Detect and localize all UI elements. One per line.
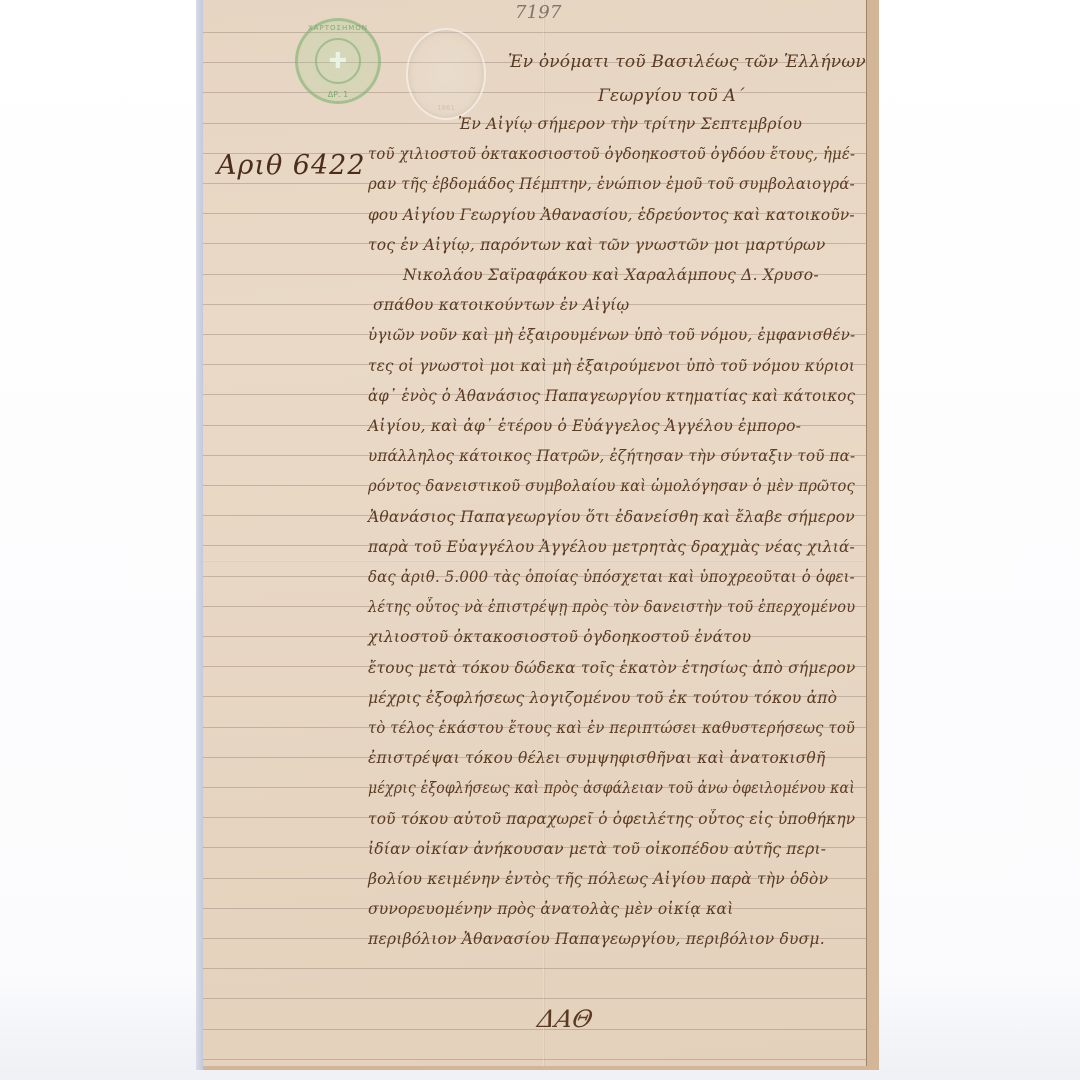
deed-body-line: σπάθου κατοικούντων ἐν Αἰγίῳ (373, 296, 629, 314)
horizontal-fold-crease (203, 560, 867, 562)
document-sheet: ΧΑΡΤΟΣΗΜΟΝ ✚ ΔΡ. 1 1861 7197 Ἐν ὀνόματι … (203, 0, 867, 1066)
deed-body-line: Νικολάου Σαϊραφάκου καὶ Χαραλάμπους Δ. Χ… (403, 266, 819, 284)
deed-body-line: χιλιοστοῦ ὀκτακοσιοστοῦ ὀγδοηκοστοῦ ἐνάτ… (368, 628, 751, 646)
deed-body-line: μέχρις ἐξοφλήσεως λογιζομένου τοῦ ἐκ τού… (368, 689, 837, 707)
deed-body-line: βολίου κειμένην ἐντὸς τῆς πόλεως Αἰγίου … (368, 870, 828, 888)
deed-body-line: τὸ τέλος ἑκάστου ἔτους καὶ ἐν περιπτώσει… (368, 719, 855, 737)
deed-body-line: φου Αἰγίου Γεωργίου Ἀθανασίου, ἑδρεύοντο… (368, 206, 855, 224)
deed-body-line: δας ἀριθ. 5.000 τὰς ὁποίας ὑπόσχεται καὶ… (368, 568, 855, 586)
ruled-line (203, 998, 867, 999)
deed-body-line: τος ἐν Αἰγίῳ, παρόντων καὶ τῶν γνωστῶν μ… (368, 236, 825, 254)
deed-body-line: συνορευομένην πρὸς ἀνατολὰς μὲν οἰκίᾳ κα… (368, 900, 734, 918)
deed-body-line: Ἐν Αἰγίῳ σήμερον τὴν τρίτην Σεπτεμβρίου (458, 115, 802, 133)
revenue-stamp: ΧΑΡΤΟΣΗΜΟΝ ✚ ΔΡ. 1 (295, 18, 381, 104)
deed-body-line: τοῦ χιλιοστοῦ ὀκτακοσιοστοῦ ὀγδοηκοστοῦ … (368, 145, 855, 163)
deed-body-line: λέτης οὗτος νὰ ἐπιστρέψῃ πρὸς τὸν δανεισ… (368, 598, 855, 616)
deed-body-line: ἐπιστρέψαι τόκου θέλει συμψηφισθῆναι καὶ… (368, 749, 825, 767)
deed-body-line: υπάλληλος κάτοικος Πατρῶν, ἐζήτησαν τὴν … (368, 447, 855, 465)
reference-number: Αριθ 6422 (217, 150, 366, 181)
archive-number: 7197 (515, 2, 562, 23)
deed-body-line: ἀφ᾽ ἑνὸς ὁ Ἀθανάσιος Παπαγεωργίου κτηματ… (368, 387, 855, 405)
cross-emblem-icon: ✚ (315, 38, 361, 84)
deed-body-line: Αἰγίου, καὶ ἀφ᾽ ἑτέρου ὁ Εὐάγγελος Ἀγγέλ… (368, 417, 801, 435)
ruled-line (203, 32, 867, 33)
deed-body-line: Ἀθανάσιος Παπαγεωργίου ὅτι ἐδανείσθη καὶ… (368, 508, 855, 526)
embossed-seal: 1861 (406, 28, 486, 120)
deed-body-line: τοῦ τόκου αὐτοῦ παραχωρεῖ ὁ ὀφειλέτης οὗ… (368, 810, 855, 828)
deed-body-line: ἔτους μετὰ τόκου δώδεκα τοῖς ἑκατὸν ἐτησ… (368, 659, 855, 677)
deed-body-line: περιβόλιον Ἀθανασίου Παπαγεωργίου, περιβ… (368, 930, 825, 948)
heading-line-2: Γεωργίου τοῦ Α΄ (598, 86, 745, 106)
heading-line-1: Ἐν ὀνόματι τοῦ Βασιλέως τῶν Ἑλλήνων (508, 52, 866, 72)
ruled-line (203, 1059, 867, 1060)
stamp-ring-text: ΧΑΡΤΟΣΗΜΟΝ (298, 24, 378, 32)
deed-body-line: ρόντος δανειστικοῦ συμβολαίου καὶ ὡμολόγ… (368, 477, 855, 495)
sheet-right-edge (866, 0, 867, 1066)
deed-body-line: ραν τῆς ἑβδομάδος Πέμπτην, ἐνώπιον ἐμοῦ … (368, 175, 855, 193)
stamp-value: ΔΡ. 1 (298, 90, 378, 99)
deed-body-line: ὑγιῶν νοῦν καὶ μὴ ἐξαιρουμένων ὑπὸ τοῦ ν… (368, 326, 855, 344)
deed-body-line: μέχρις ἐξοφλήσεως καὶ πρὸς ἀσφάλειαν τοῦ… (368, 779, 855, 797)
ruled-line (203, 968, 867, 969)
deed-body-line: τες οἱ γνωστοὶ μοι καὶ μὴ ἐξαιρούμενοι ὑ… (368, 357, 855, 375)
deed-body-line: ἰδίαν οἰκίαν ἀνήκουσαν μετὰ τοῦ οἰκοπέδο… (368, 840, 826, 858)
notary-signature: ΔΑΘ (535, 1005, 595, 1033)
deed-body-line: παρὰ τοῦ Εὐαγγέλου Ἀγγέλου μετρητὰς δραχ… (368, 538, 855, 556)
seal-year: 1861 (408, 104, 484, 112)
